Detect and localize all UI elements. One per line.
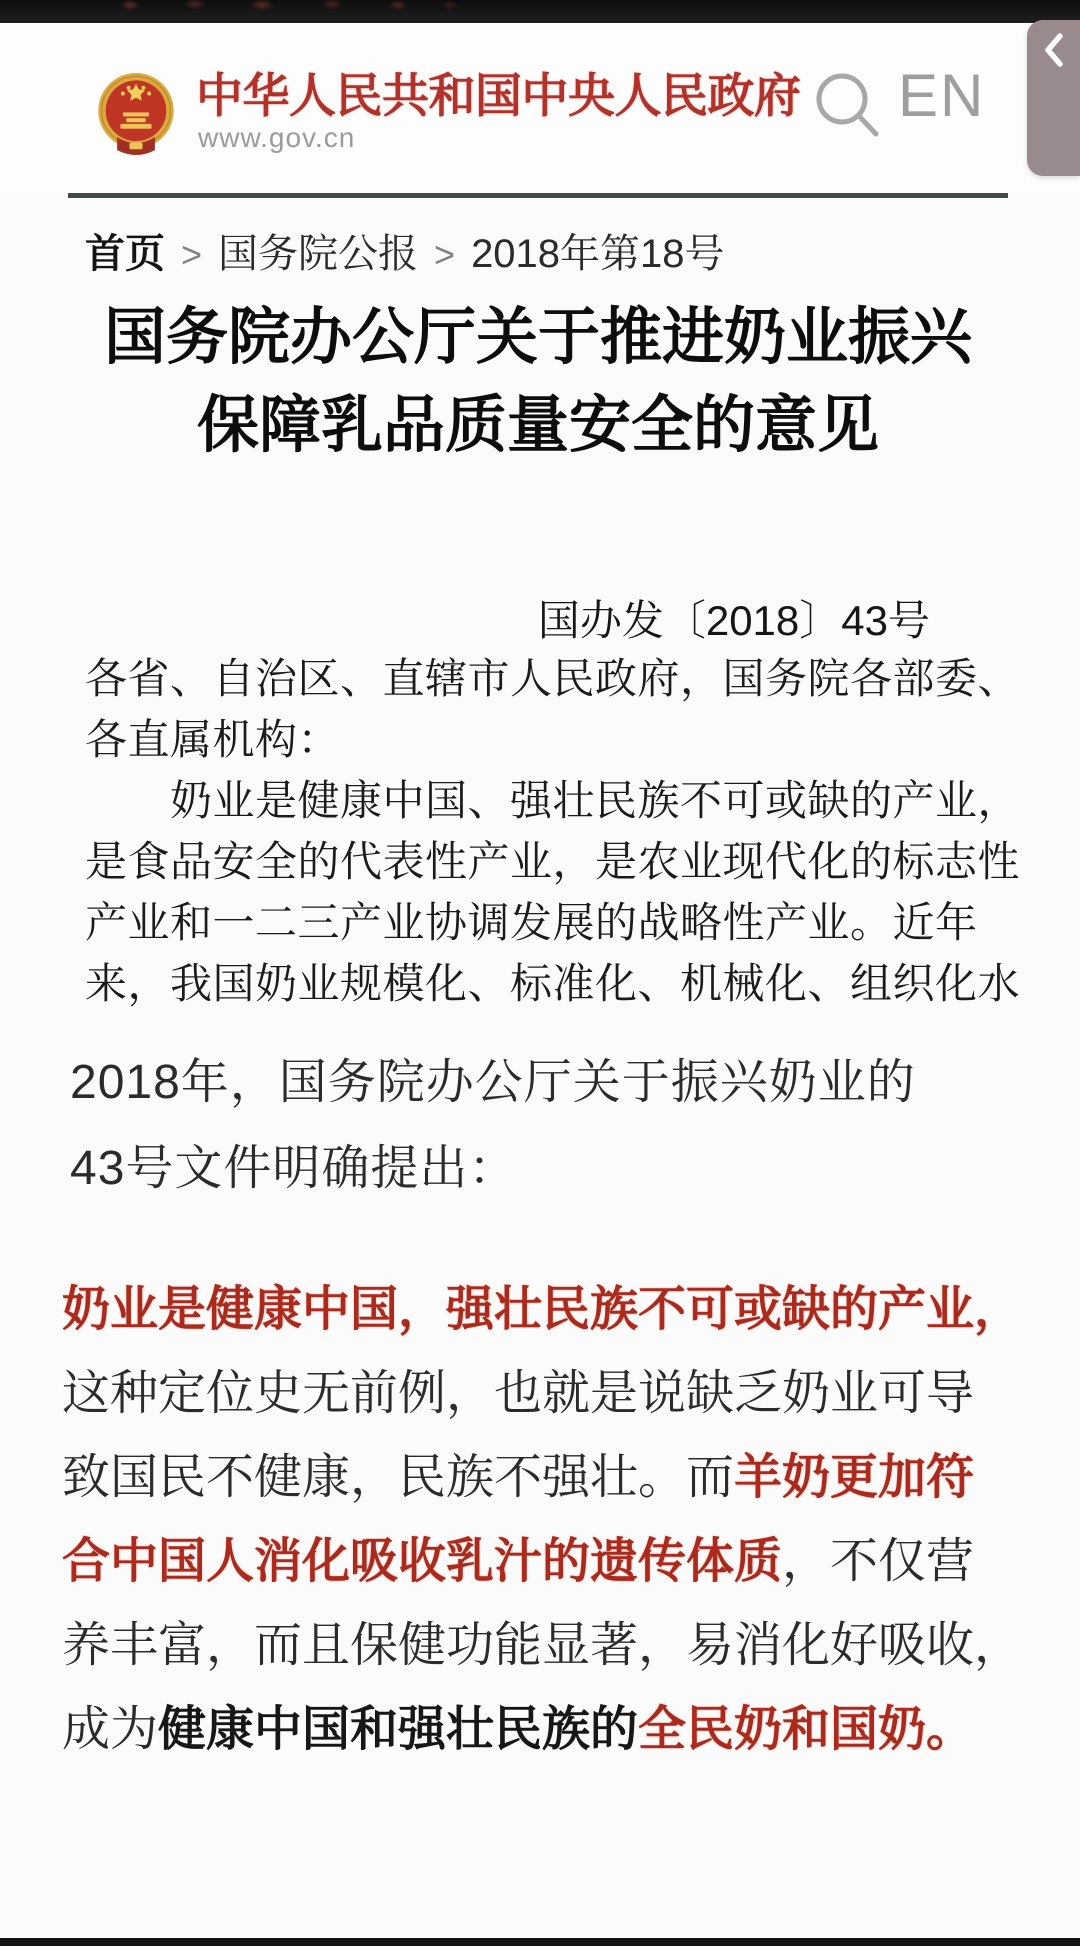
chevron-left-icon: [1042, 32, 1066, 68]
cropped-top-bar: [0, 0, 1080, 23]
document-paragraph: 奶业是健康中国、强壮民族不可或缺的产业，是食品安全的代表性产业，是农业现代化的标…: [85, 770, 1020, 1014]
china-emblem-icon: [95, 70, 177, 158]
site-url: www.gov.cn: [198, 122, 355, 154]
breadcrumb-current: 2018年第18号: [471, 232, 724, 276]
floating-collapse-panel[interactable]: [1027, 20, 1080, 176]
search-icon[interactable]: [813, 70, 883, 140]
site-title[interactable]: 中华人民共和国中央人民政府: [196, 59, 836, 126]
site-header: 中华人民共和国中央人民政府 www.gov.cn EN: [0, 23, 1080, 193]
national-emblem-logo[interactable]: [95, 70, 177, 158]
breadcrumb-separator: >: [434, 234, 455, 275]
cropped-bottom-bar: [0, 1938, 1080, 1946]
cropped-text-remnant: [0, 0, 1080, 23]
header-divider: [68, 193, 1008, 198]
commentary-highlight: 奶业是健康中国，强壮民族不可或缺的产业，这种定位史无前例，也就是说缺乏奶业可导致…: [62, 1268, 1022, 1772]
document-number: 国办发〔2018〕43号: [68, 588, 930, 648]
document-title: 国务院办公厅关于推进奶业振兴保障乳品质量安全的意见: [68, 294, 1008, 470]
breadcrumb-home[interactable]: 首页: [85, 232, 165, 276]
breadcrumb-gazette[interactable]: 国务院公报: [218, 232, 418, 276]
commentary-intro: 2018年，国务院办公厅关于振兴奶业的43号文件明确提出：: [70, 1040, 916, 1212]
breadcrumb-separator: >: [181, 234, 202, 275]
page: 中华人民共和国中央人民政府 www.gov.cn EN 首页>国务院公报>201…: [0, 0, 1080, 1946]
document-salutation: 各省、自治区、直辖市人民政府，国务院各部委、各直属机构：: [85, 648, 1020, 770]
language-toggle-en[interactable]: EN: [898, 61, 985, 130]
breadcrumb: 首页>国务院公报>2018年第18号: [85, 222, 1025, 279]
